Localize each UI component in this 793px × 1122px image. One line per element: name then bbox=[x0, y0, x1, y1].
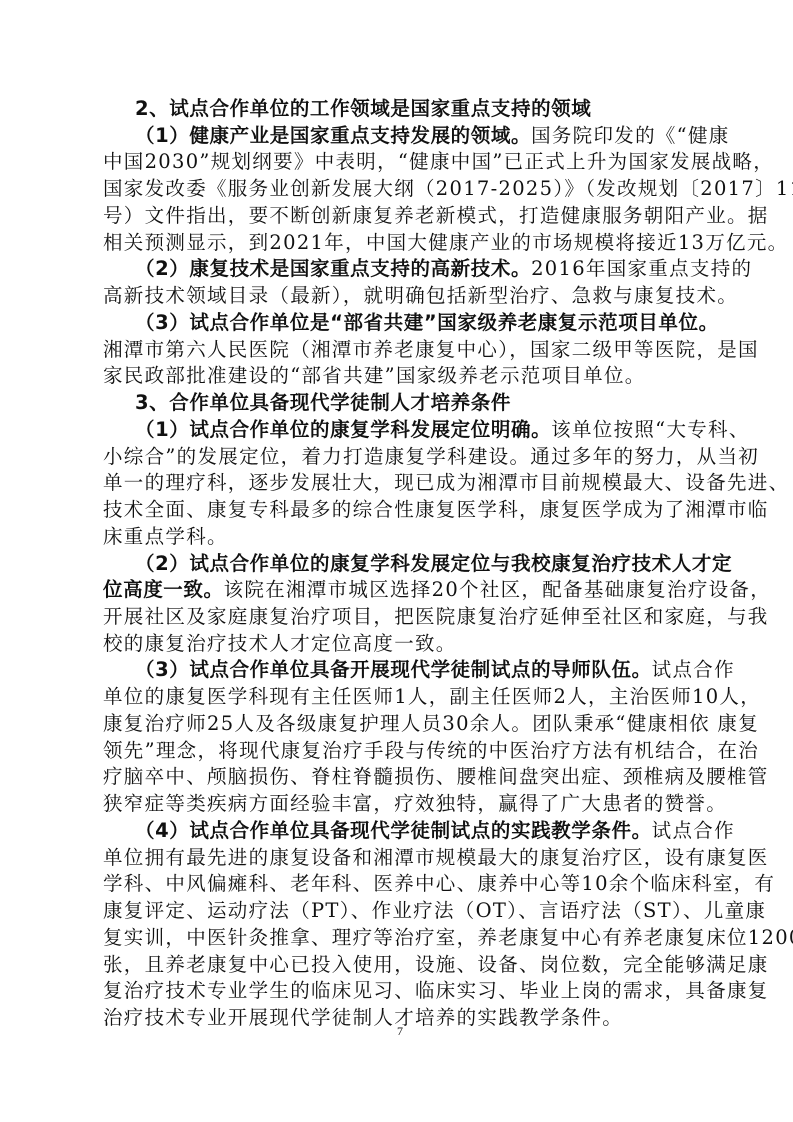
text-line: 狭窄症等类疾病方面经验丰富，疗效独特，赢得了广大患者的赞誉。 bbox=[103, 789, 703, 818]
text-line: 复治疗技术专业学生的临床见习、临床实习、毕业上岗的需求，具备康复 bbox=[103, 976, 703, 1005]
text-line: （2）康复技术是国家重点支持的高新技术。2016年国家重点支持的 bbox=[135, 254, 703, 283]
text-line: （2）试点合作单位的康复学科发展定位与我校康复治疗技术人才定 bbox=[135, 549, 703, 578]
bold-heading: （3）试点合作单位是“部省共建”国家级养老康复示范项目单位。 bbox=[135, 311, 719, 334]
body-text: 张，且养老康复中心已投入使用，设施、设备、岗位数，完全能够满足康 bbox=[103, 953, 769, 976]
bold-heading: 3、合作单位具备现代学徒制人才培养条件 bbox=[135, 391, 511, 414]
body-text: 床重点学科。 bbox=[103, 525, 228, 548]
text-line: 开展社区及家庭康复治疗项目，把医院康复治疗延伸至社区和家庭，与我 bbox=[103, 602, 703, 631]
text-line: （3）试点合作单位是“部省共建”国家级养老康复示范项目单位。 bbox=[135, 308, 703, 337]
text-line: 单位的康复医学科现有主任医师1人，副主任医师2人，主治医师10人， bbox=[103, 682, 703, 711]
body-text: 该单位按照“大专科、 bbox=[551, 418, 749, 441]
bold-heading: （1）健康产业是国家重点支持发展的领域。 bbox=[135, 124, 531, 147]
body-text: 家民政部批准建设的“部省共建”国家级养老示范项目单位。 bbox=[103, 364, 646, 387]
bold-heading: 2、试点合作单位的工作领域是国家重点支持的领域 bbox=[135, 97, 591, 120]
text-line: 康复治疗师25人及各级康复护理人员30余人。团队秉承“健康相依 康复 bbox=[103, 709, 703, 738]
body-text: 2016年国家重点支持的 bbox=[531, 257, 752, 280]
text-line: （4）试点合作单位具备现代学徒制试点的实践教学条件。试点合作 bbox=[135, 816, 703, 845]
text-line: 领先”理念，将现代康复治疗手段与传统的中医治疗方法有机结合，在治 bbox=[103, 736, 703, 765]
body-text: 技术全面、康复专科最多的综合性康复医学科，康复医学成为了湘潭市临 bbox=[103, 498, 769, 521]
text-line: （1）试点合作单位的康复学科发展定位明确。该单位按照“大专科、 bbox=[135, 415, 703, 444]
body-text: 国务院印发的《“健康 bbox=[531, 124, 729, 147]
bold-heading: （1）试点合作单位的康复学科发展定位明确。 bbox=[135, 418, 551, 441]
text-line: 校的康复治疗技术人才定位高度一致。 bbox=[103, 629, 703, 658]
text-line: 小综合”的发展定位，着力打造康复学科建设。通过多年的努力，从当初 bbox=[103, 442, 703, 471]
text-line: 国家发改委《服务业创新发展大纲（2017-2025）》（发改规划〔2017〕11… bbox=[103, 174, 703, 203]
body-text: 疗脑卒中、颅脑损伤、脊柱脊髓损伤、腰椎间盘突出症、颈椎病及腰椎管 bbox=[103, 765, 769, 788]
text-line: 单位拥有最先进的康复设备和湘潭市规模最大的康复治疗区，设有康复医 bbox=[103, 843, 703, 872]
bold-heading: （4）试点合作单位具备现代学徒制试点的实践教学条件。 bbox=[135, 819, 652, 842]
text-line: 疗脑卒中、颅脑损伤、脊柱脊髓损伤、腰椎间盘突出症、颈椎病及腰椎管 bbox=[103, 762, 703, 791]
body-text: 复实训，中医针灸推拿、理疗等治疗室，养老康复中心有养老康复床位1200 bbox=[103, 926, 793, 949]
text-line: 中国2030”规划纲要》中表明，“健康中国”已正式上升为国家发展战略， bbox=[103, 147, 703, 176]
body-text: 单位拥有最先进的康复设备和湘潭市规模最大的康复治疗区，设有康复医 bbox=[103, 846, 769, 869]
text-line: 相关预测显示，到2021年，中国大健康产业的市场规模将接近13万亿元。 bbox=[103, 228, 703, 257]
text-line: 学科、中风偏瘫科、老年科、医养中心、康养中心等10余个临床科室，有 bbox=[103, 869, 703, 898]
document-page: 2、试点合作单位的工作领域是国家重点支持的领域（1）健康产业是国家重点支持发展的… bbox=[0, 0, 793, 1122]
body-text: 学科、中风偏瘫科、老年科、医养中心、康养中心等10余个临床科室，有 bbox=[103, 872, 775, 895]
body-text: 中国2030”规划纲要》中表明，“健康中国”已正式上升为国家发展战略， bbox=[103, 150, 774, 173]
body-text: 康复评定、运动疗法（PT）、作业疗法（OT）、言语疗法（ST）、儿童康 bbox=[103, 899, 766, 922]
body-text: 试点合作 bbox=[652, 658, 735, 681]
text-line: 2、试点合作单位的工作领域是国家重点支持的领域 bbox=[135, 94, 703, 123]
text-line: 单一的理疗科，逐步发展壮大，现已成为湘潭市目前规模最大、设备先进、 bbox=[103, 468, 703, 497]
text-line: 湘潭市第六人民医院（湘潭市养老康复中心），国家二级甲等医院，是国 bbox=[103, 335, 703, 364]
body-text: 单位的康复医学科现有主任医师1人，副主任医师2人，主治医师10人， bbox=[103, 685, 761, 708]
text-line: 高新技术领域目录（最新），就明确包括新型治疗、急救与康复技术。 bbox=[103, 281, 703, 310]
body-text: 湘潭市第六人民医院（湘潭市养老康复中心），国家二级甲等医院，是国 bbox=[103, 338, 759, 361]
bold-heading: （2）康复技术是国家重点支持的高新技术。 bbox=[135, 257, 531, 280]
body-text: 高新技术领域目录（最新），就明确包括新型治疗、急救与康复技术。 bbox=[103, 284, 738, 307]
text-line: 号）文件指出，要不断创新康复养老新模式，打造健康服务朝阳产业。据 bbox=[103, 201, 703, 230]
body-text: 开展社区及家庭康复治疗项目，把医院康复治疗延伸至社区和家庭，与我 bbox=[103, 605, 769, 628]
text-line: 床重点学科。 bbox=[103, 522, 703, 551]
text-line: 家民政部批准建设的“部省共建”国家级养老示范项目单位。 bbox=[103, 361, 703, 390]
bold-heading: 位高度一致。 bbox=[103, 578, 224, 601]
body-text: 复治疗技术专业学生的临床见习、临床实习、毕业上岗的需求，具备康复 bbox=[103, 979, 769, 1002]
text-line: 技术全面、康复专科最多的综合性康复医学科，康复医学成为了湘潭市临 bbox=[103, 495, 703, 524]
text-line: （3）试点合作单位具备开展现代学徒制试点的导师队伍。试点合作 bbox=[135, 655, 703, 684]
body-text: 国家发改委《服务业创新发展大纲（2017-2025）》（发改规划〔2017〕11… bbox=[103, 177, 793, 200]
bold-heading: （2）试点合作单位的康复学科发展定位与我校康复治疗技术人才定 bbox=[135, 552, 732, 575]
body-text: 狭窄症等类疾病方面经验丰富，疗效独特，赢得了广大患者的赞誉。 bbox=[103, 792, 727, 815]
body-text: 相关预测显示，到2021年，中国大健康产业的市场规模将接近13万亿元。 bbox=[103, 231, 788, 254]
page-number: 7 bbox=[390, 1024, 410, 1039]
text-line: 复实训，中医针灸推拿、理疗等治疗室，养老康复中心有养老康复床位1200 bbox=[103, 923, 703, 952]
body-text: 校的康复治疗技术人才定位高度一致。 bbox=[103, 632, 457, 655]
text-line: 张，且养老康复中心已投入使用，设施、设备、岗位数，完全能够满足康 bbox=[103, 950, 703, 979]
text-line: （1）健康产业是国家重点支持发展的领域。国务院印发的《“健康 bbox=[135, 121, 703, 150]
body-text: 小综合”的发展定位，着力打造康复学科建设。通过多年的努力，从当初 bbox=[103, 445, 759, 468]
body-text: 号）文件指出，要不断创新康复养老新模式，打造健康服务朝阳产业。据 bbox=[103, 204, 769, 227]
text-line: 3、合作单位具备现代学徒制人才培养条件 bbox=[135, 388, 703, 417]
body-text: 单一的理疗科，逐步发展壮大，现已成为湘潭市目前规模最大、设备先进、 bbox=[103, 471, 789, 494]
body-text: 领先”理念，将现代康复治疗手段与传统的中医治疗方法有机结合，在治 bbox=[103, 739, 759, 762]
bold-heading: （3）试点合作单位具备开展现代学徒制试点的导师队伍。 bbox=[135, 658, 652, 681]
text-line: 位高度一致。该院在湘潭市城区选择20个社区，配备基础康复治疗设备， bbox=[103, 575, 703, 604]
body-text: 试点合作 bbox=[652, 819, 735, 842]
body-text: 该院在湘潭市城区选择20个社区，配备基础康复治疗设备， bbox=[224, 578, 771, 601]
text-line: 康复评定、运动疗法（PT）、作业疗法（OT）、言语疗法（ST）、儿童康 bbox=[103, 896, 703, 925]
body-text: 康复治疗师25人及各级康复护理人员30余人。团队秉承“健康相依 康复 bbox=[103, 712, 759, 735]
body-text: 治疗技术专业开展现代学徒制人才培养的实践教学条件。 bbox=[103, 1006, 623, 1029]
